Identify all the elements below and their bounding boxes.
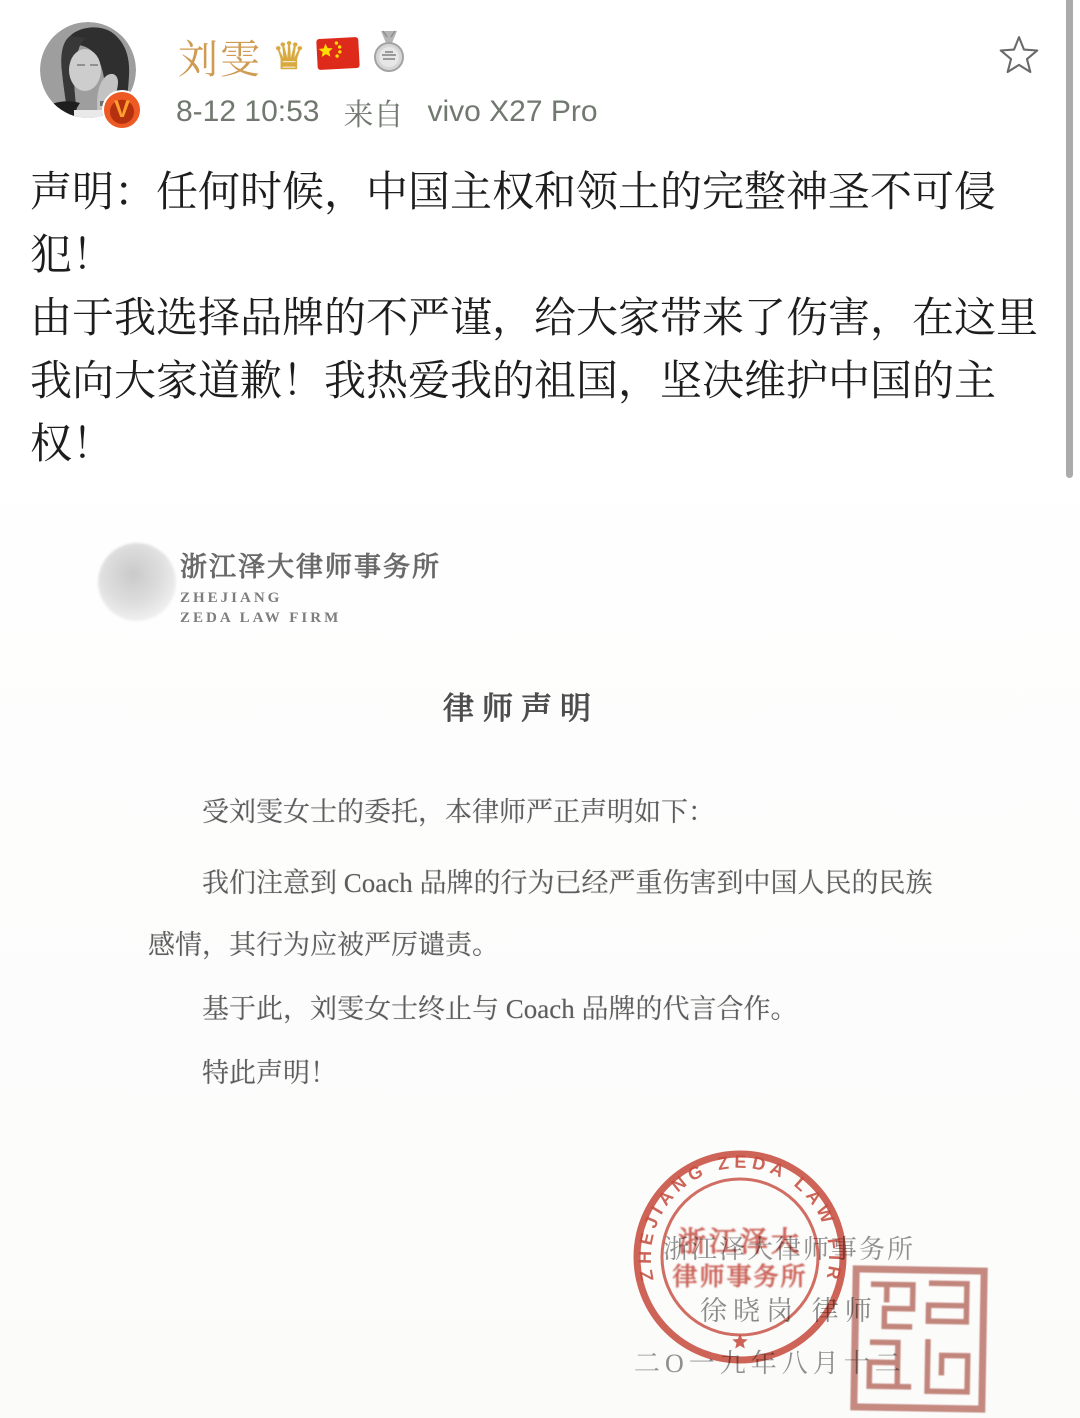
source-device-link[interactable]: vivo X27 Pro — [427, 95, 597, 129]
post-line: 我向大家道歉！我热爱我的祖国，坚决维护中国的主 — [30, 349, 1050, 412]
membership-crown-icon: ♛ — [272, 37, 306, 77]
post-line: 权！ — [30, 412, 1050, 475]
letter-title: 律师声明 — [0, 683, 1042, 728]
post-line: 由于我选择品牌的不严谨，给大家带来了伤害，在这里 — [30, 286, 1050, 349]
lawyer-personal-seal — [847, 1262, 992, 1416]
stamp-center-line2: 律师事务所 — [672, 1262, 807, 1291]
post-header: V 刘雯 ♛ 8-12 10:53 — [0, 0, 1080, 140]
law-firm-name-en-2: ZEDA LAW FIRM — [180, 610, 441, 627]
attached-statement-image[interactable]: 浙江泽大律师事务所 ZHEJIANG ZEDA LAW FIRM 律师声明 受刘… — [0, 505, 1080, 1418]
letter-line: 特此声明！ — [148, 1042, 948, 1104]
avatar[interactable]: V — [40, 22, 136, 118]
law-firm-round-stamp: ZHEJIANG ZEDA LAW FIRM 浙江泽大 律师事务所 — [628, 1145, 853, 1370]
post-line: 声明：任何时候，中国主权和领土的完整神圣不可侵 — [30, 160, 1050, 223]
scrollbar[interactable] — [1066, 0, 1073, 478]
letter-line: 感情，其行为应被严厉谴责。 — [148, 914, 948, 976]
honor-medal-icon — [370, 29, 408, 84]
post-meta: 8-12 10:53 来自 vivo X27 Pro — [176, 90, 598, 134]
source-prefix: 来自 — [343, 90, 403, 134]
stamp-center-line1: 浙江泽大 — [678, 1226, 802, 1258]
letter-line: 基于此，刘雯女士终止与 Coach 品牌的代言合作。 — [148, 978, 948, 1040]
timestamp: 8-12 10:53 — [176, 95, 319, 129]
letter-body: 受刘雯女士的委托，本律师严正声明如下： 我们注意到 Coach 品牌的行为已经严… — [148, 781, 948, 1104]
letter-line: 受刘雯女士的委托，本律师严正声明如下： — [148, 781, 948, 843]
letter-line: 我们注意到 Coach 品牌的行为已经严重伤害到中国人民的民族 — [148, 852, 948, 914]
verified-letter: V — [114, 96, 130, 124]
law-firm-name-en-1: ZHEJIANG — [180, 590, 441, 607]
law-firm-letterhead: 浙江泽大律师事务所 ZHEJIANG ZEDA LAW FIRM — [180, 545, 441, 627]
post-content: 声明：任何时候，中国主权和领土的完整神圣不可侵 犯！ 由于我选择品牌的不严谨，给… — [30, 160, 1050, 475]
favorite-star-icon[interactable] — [998, 34, 1040, 76]
law-firm-name-cn: 浙江泽大律师事务所 — [180, 545, 441, 584]
post-line: 犯！ — [30, 223, 1050, 286]
author-name[interactable]: 刘雯 — [178, 28, 262, 85]
law-firm-logo-icon — [98, 543, 176, 621]
china-flag-icon — [316, 35, 360, 78]
verified-badge-icon: V — [102, 90, 142, 130]
